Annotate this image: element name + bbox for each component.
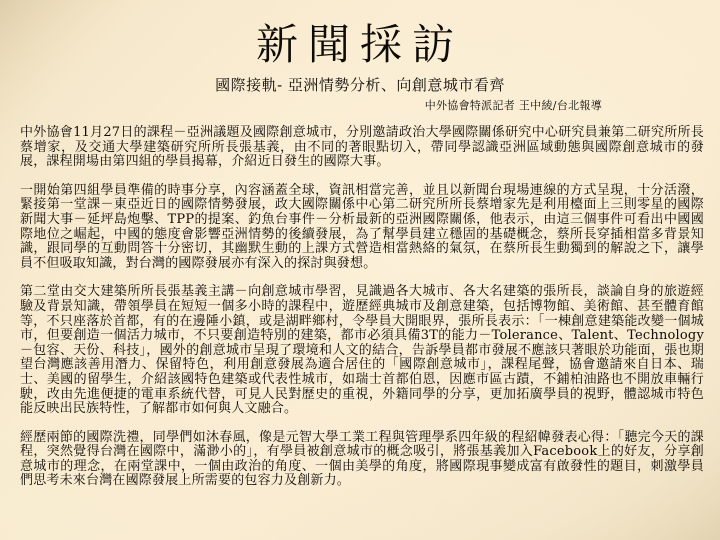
slide-subtitle: 國際接軌- 亞洲情勢分析、向創意城市看齊 bbox=[0, 68, 720, 95]
article-paragraph-1: 中外協會11月27日的課程－亞洲議題及國際創意城市，分別邀請政治大學國際關係研究… bbox=[20, 126, 704, 170]
reporter-byline: 中外協會特派記者 王中綾/台北報導 bbox=[0, 95, 720, 113]
slide-title: 新聞採訪 bbox=[0, 0, 720, 68]
presentation-slide: 新聞採訪 國際接軌- 亞洲情勢分析、向創意城市看齊 中外協會特派記者 王中綾/台… bbox=[0, 0, 720, 540]
article-body: 中外協會11月27日的課程－亞洲議題及國際創意城市，分別邀請政治大學國際關係研究… bbox=[20, 126, 704, 503]
article-paragraph-2: 一開始第四組學員準備的時事分享，內容涵蓋全球，資訊相當完善，並且以新聞台現場連線… bbox=[20, 184, 704, 272]
article-paragraph-4: 經歷兩節的國際洗禮，同學們如沐春風，像是元智大學工業工程與管理學系四年級的程紹幃… bbox=[20, 431, 704, 489]
article-paragraph-3: 第二堂由交大建築所所長張基義主講－向創意城市學習，見識過各大城市、各大名建築的張… bbox=[20, 285, 704, 416]
